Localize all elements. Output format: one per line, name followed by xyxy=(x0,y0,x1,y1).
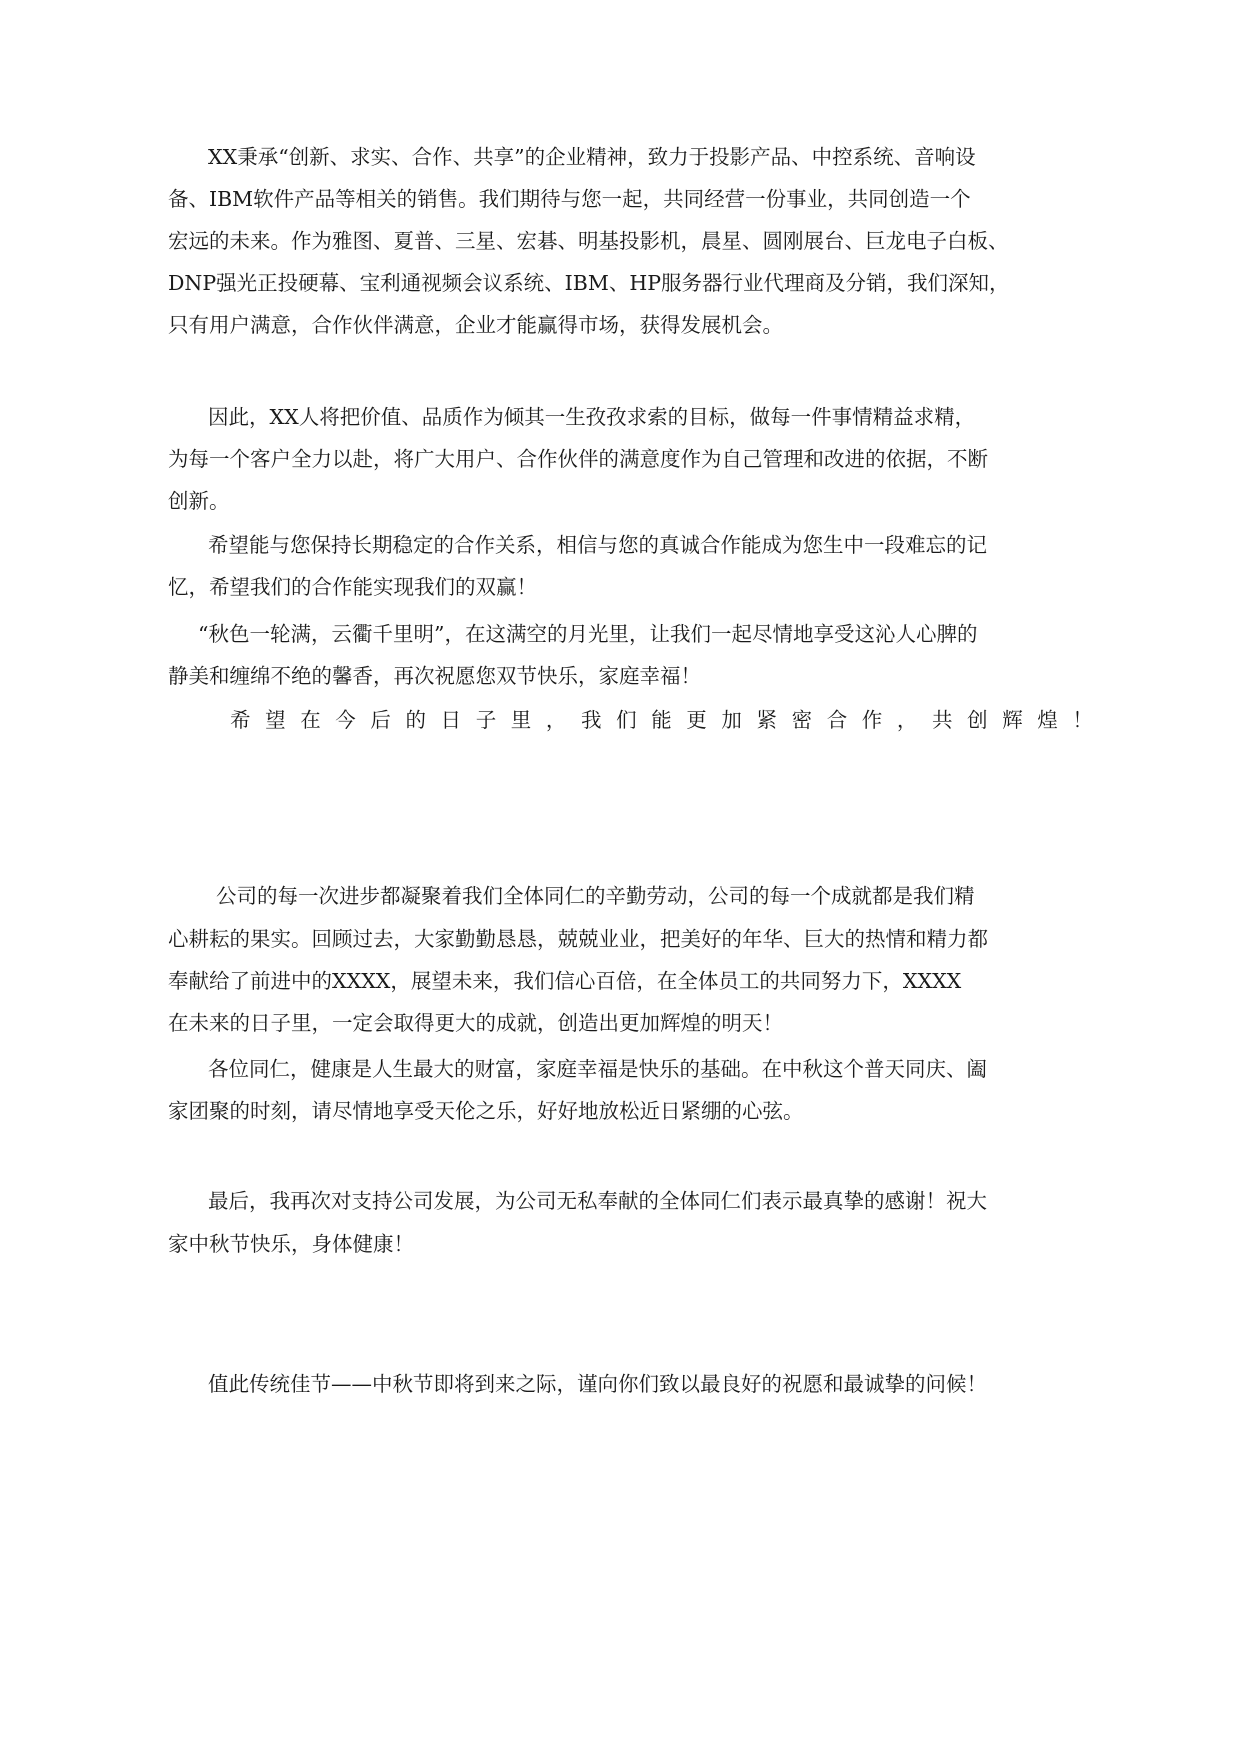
paragraph-progress-line-3: 奉献给了前进中的XXXX，展望未来，我们信心百倍，在全体员工的共同努力下，XXX… xyxy=(168,969,961,993)
paragraph-autumn-line-2: 静美和缠绵不绝的馨香，再次祝愿您双节快乐，家庭幸福！ xyxy=(168,664,701,688)
paragraph-hope-line-2: 忆，希望我们的合作能实现我们的双赢！ xyxy=(168,575,537,599)
paragraph-thanks-line-1: 最后，我再次对支持公司发展，为公司无私奉献的全体同仁们表示最真挚的感谢！祝大 xyxy=(208,1189,987,1213)
paragraph-greeting: 值此传统佳节——中秋节即将到来之际，谨向你们致以最良好的祝愿和最诚挚的问候！ xyxy=(208,1372,987,1396)
paragraph-progress-line-1: 公司的每一次进步都凝聚着我们全体同仁的辛勤劳动，公司的每一个成就都是我们精 xyxy=(216,884,975,908)
paragraph-therefore-line-3: 创新。 xyxy=(168,489,230,513)
paragraph-autumn-line-1: “秋色一轮满，云衢千里明”，在这满空的月光里，让我们一起尽情地享受这沁人心脾的 xyxy=(198,622,977,646)
paragraph-intro-line-5: 只有用户满意，合作伙伴满意，企业才能赢得市场，获得发展机会。 xyxy=(168,313,783,337)
paragraph-health-line-2: 家团聚的时刻，请尽情地享受天伦之乐，好好地放松近日紧绷的心弦。 xyxy=(168,1099,804,1123)
paragraph-progress-line-2: 心耕耘的果实。回顾过去，大家勤勤恳恳，兢兢业业，把美好的年华、巨大的热情和精力都 xyxy=(168,927,988,951)
paragraph-health-line-1: 各位同仁，健康是人生最大的财富，家庭幸福是快乐的基础。在中秋这个普天同庆、阖 xyxy=(208,1057,987,1081)
paragraph-intro-line-1: XX秉承“创新、求实、合作、共享”的企业精神，致力于投影产品、中控系统、音响设 xyxy=(208,145,976,169)
paragraph-therefore-line-2: 为每一个客户全力以赴，将广大用户、合作伙伴的满意度作为自己管理和改进的依据，不断 xyxy=(168,447,988,471)
paragraph-hope-line-1: 希望能与您保持长期稳定的合作关系，相信与您的真诚合作能成为您生中一段难忘的记 xyxy=(208,533,987,557)
paragraph-intro-line-4: DNP强光正投硬幕、宝利通视频会议系统、IBM、HP服务器行业代理商及分销，我们… xyxy=(168,271,1010,295)
paragraph-therefore-line-1: 因此，XX人将把价值、品质作为倾其一生孜孜求索的目标，做每一件事情精益求精， xyxy=(208,405,975,429)
paragraph-intro-line-3: 宏远的未来。作为雅图、夏普、三星、宏碁、明基投影机，晨星、圆刚展台、巨龙电子白板… xyxy=(168,229,1009,253)
paragraph-thanks-line-2: 家中秋节快乐，身体健康！ xyxy=(168,1232,414,1256)
paragraph-progress-line-4: 在未来的日子里，一定会取得更大的成就，创造出更加辉煌的明天！ xyxy=(168,1011,783,1035)
paragraph-future-hope: 希望在今后的日子里，我们能更加紧密合作，共创辉煌！ xyxy=(230,708,1108,732)
paragraph-intro-line-2: 备、IBM软件产品等相关的销售。我们期待与您一起，共同经营一份事业，共同创造一个 xyxy=(168,187,971,211)
